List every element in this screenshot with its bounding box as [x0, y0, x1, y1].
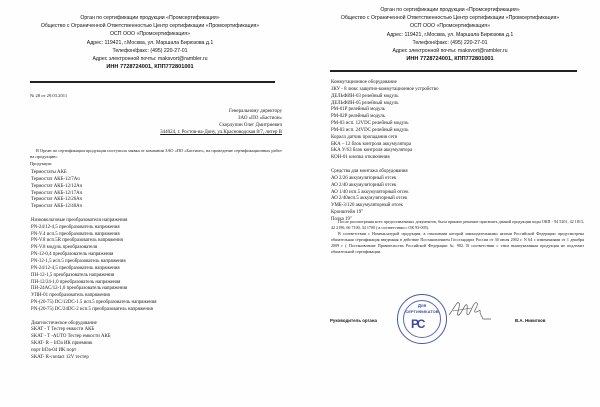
equipment-list: Коммутационное оборудование ЗКУ - 8 люкс… [331, 80, 439, 224]
list-item: КОН-01 кнопка отключения [331, 155, 439, 162]
list-item: АО 2/40исп.5 аккумуляторный отсек [331, 196, 439, 203]
addressee-line: ЗАО «ПО «Бастион» [160, 116, 282, 123]
list-item: PN-V.8 исп.5R преобразователь напряжения [31, 238, 157, 245]
letterhead-line: Общество с Ограниченной Ответственностью… [0, 22, 300, 30]
letterhead-inn: ИНН 7728724001, КПП772801001 [300, 55, 600, 63]
letterhead-line: Телефон/факс: (495) 220-27-01 [0, 47, 300, 55]
list-item: SKAT - T Тестер емкости АКБ [31, 327, 157, 334]
list-item: Термостат АКБ-12/17Ач [31, 191, 157, 198]
paragraph: После рассмотрения всех предоставленных … [331, 219, 584, 231]
letterhead: Орган по сертификации продукции «Промсер… [0, 14, 300, 71]
group-title: Средства для монтажа оборудования [331, 169, 439, 176]
letterhead-line: Адрес электронной почты: maksvort@ramble… [300, 47, 600, 55]
list-item: PN-12-0,4 преобразователь напряжения [31, 252, 157, 259]
addressee-block: Генеральному директору ЗАО «ПО «Бастион»… [160, 109, 282, 137]
letterhead-line: Адрес электронной почты: maksvort@ramble… [0, 55, 300, 63]
list-item: SKAT- R-contact 12V тестер [31, 355, 157, 362]
conclusion-text: После рассмотрения всех предоставленных … [331, 219, 584, 256]
list-item: ДЕЛЬФИН-03 релейный модуль [331, 94, 439, 101]
stamp-text: Для [398, 303, 446, 308]
letterhead-line: Орган по сертификации продукции «Промсер… [0, 14, 300, 22]
letterhead-line: Адрес: 119421, г.Москва, ул. Маршала Бир… [300, 31, 600, 39]
list-item: РМ-02Р релейный модуль [331, 114, 439, 121]
list-item: Термостат АКБ-12/12Ач [31, 184, 157, 191]
list-item: АО 2/26 аккумуляторный отсек [331, 176, 439, 183]
product-list: Термостаты АКБ Термостат АКБ-12/7Ач Терм… [31, 170, 157, 362]
group-title: Диагностическое оборудование [31, 321, 157, 328]
intro-text: В Орган по сертификации продукции поступ… [30, 148, 285, 161]
list-item: АО 2/40 аккумуляторный отсек [331, 183, 439, 190]
list-item: ДЕЛЬФИН-05 релейный модуль [331, 101, 439, 108]
letterhead-line: Общество с Ограниченной Ответственностью… [300, 14, 600, 22]
list-item: Термостат АКБ-12/7Ач [31, 177, 157, 184]
letterhead-line: ОСП ООО «Промсертификация» [300, 22, 600, 30]
list-item: PN-V.8 модуль преобразователя [31, 245, 157, 252]
list-item: PN-24/12-4,5 преобразователь напряжения [31, 225, 157, 232]
letterhead-line: Орган по сертификации продукции «Промсер… [300, 6, 600, 14]
list-item: АО 1/40 исп.5 аккумуляторный отсек [331, 190, 439, 197]
list-item: PN-12-1,5 исп.5 преобразователь напряжен… [31, 259, 157, 266]
list-item: Кронштейн 19" [331, 210, 439, 217]
list-item: ПН-12-1,5 преобразователь напряжения [31, 273, 157, 280]
list-item: РМ-03 исп. 24VDC релейный модуль [331, 128, 439, 135]
signatory-title: Руководитель органа [330, 318, 377, 323]
addressee-address: 344024, г. Ростов-на-Дону, ул.Красноводс… [160, 130, 282, 137]
list-item: SKAT - T -AUTO Тестер емкости АКБ [31, 334, 157, 341]
list-item: ПН-24AC/12-1,0 преобразователь напряжени… [31, 286, 157, 293]
stamp-text: СЕРТИФИКАТОВ [398, 309, 446, 314]
rst-logo-icon: РС [411, 317, 423, 331]
list-item: PN-24/12-4,5 преобразователь напряжения [31, 266, 157, 273]
list-item: ЗКУ - 8 люкс защитно-коммутационное устр… [331, 87, 439, 94]
letterhead-line: Телефон/факс: (495) 220-27-01 [300, 39, 600, 47]
list-item: SKAT- R – IrDa ИК приемник [31, 341, 157, 348]
handwritten-signature-icon [447, 297, 492, 323]
addressee-line: Генеральному директору [160, 109, 282, 116]
letterhead-inn: ИНН 7728724001, КПП772801001 [0, 63, 300, 71]
products-label: Продукция: [30, 161, 285, 167]
list-item: Термостат АКБ-12/40Ач [31, 204, 157, 211]
intro-paragraph: В Орган по сертификации продукции поступ… [30, 148, 285, 167]
list-item: PN-V.4 исп.5 преобразователь напряжения [31, 232, 157, 239]
group-title: Низковольтовые преобразователи напряжени… [31, 218, 157, 225]
list-item: ПН-12/24-1,0 преобразователь напряжения [31, 280, 157, 287]
letterhead-line: ОСП ООО «Промсертификация» [0, 30, 300, 38]
list-item: Коралл датчик пропадания сети [331, 135, 439, 142]
list-item: УПН-01 преобразователь напряжения [31, 293, 157, 300]
left-page: Орган по сертификации продукции «Промсер… [0, 0, 300, 407]
list-item: РМ-01Р релейный модуль [331, 107, 439, 114]
right-page: Орган по сертификации продукции «Промсер… [300, 0, 600, 407]
list-item: БКА – 12 блок контроля аккумулятора [331, 142, 439, 149]
list-item: PN-(20-75) DC/12DC-1.5 исп.5 преобразова… [31, 300, 157, 307]
group-title: Термостаты АКБ [31, 170, 157, 177]
header-divider [330, 70, 577, 72]
header-divider [30, 81, 275, 83]
letterhead-line: Адрес: 119421, г.Москва, ул. Маршала Бир… [0, 39, 300, 47]
paragraph: В соответствии с Номенклатурой продукции… [331, 231, 584, 255]
certification-stamp: Для СЕРТИФИКАТОВ РС [397, 294, 447, 344]
list-item: PN-(20-75) DC/24DC-2 исп.5 преобразовате… [31, 307, 157, 314]
list-item: РМ-03 исп. 12VDC релейный модуль [331, 121, 439, 128]
letter-reference: № 28 от 29.03.2011 [30, 93, 67, 100]
list-item: БКА У/63 блок контроля аккумулятора [331, 148, 439, 155]
group-title: Коммутационное оборудование [331, 80, 439, 87]
list-item: УМБ-3/120 аккумуляторный отсек [331, 203, 439, 210]
letterhead: Орган по сертификации продукции «Промсер… [300, 6, 600, 63]
list-item: порт IrDa-04 ИК порт [31, 348, 157, 355]
addressee-line: Скорлупин Олег Дмитриевич [160, 123, 282, 130]
list-item: Термостат АКБ-12/26Ач [31, 197, 157, 204]
signatory-name: В.А. Никитков [515, 318, 545, 323]
